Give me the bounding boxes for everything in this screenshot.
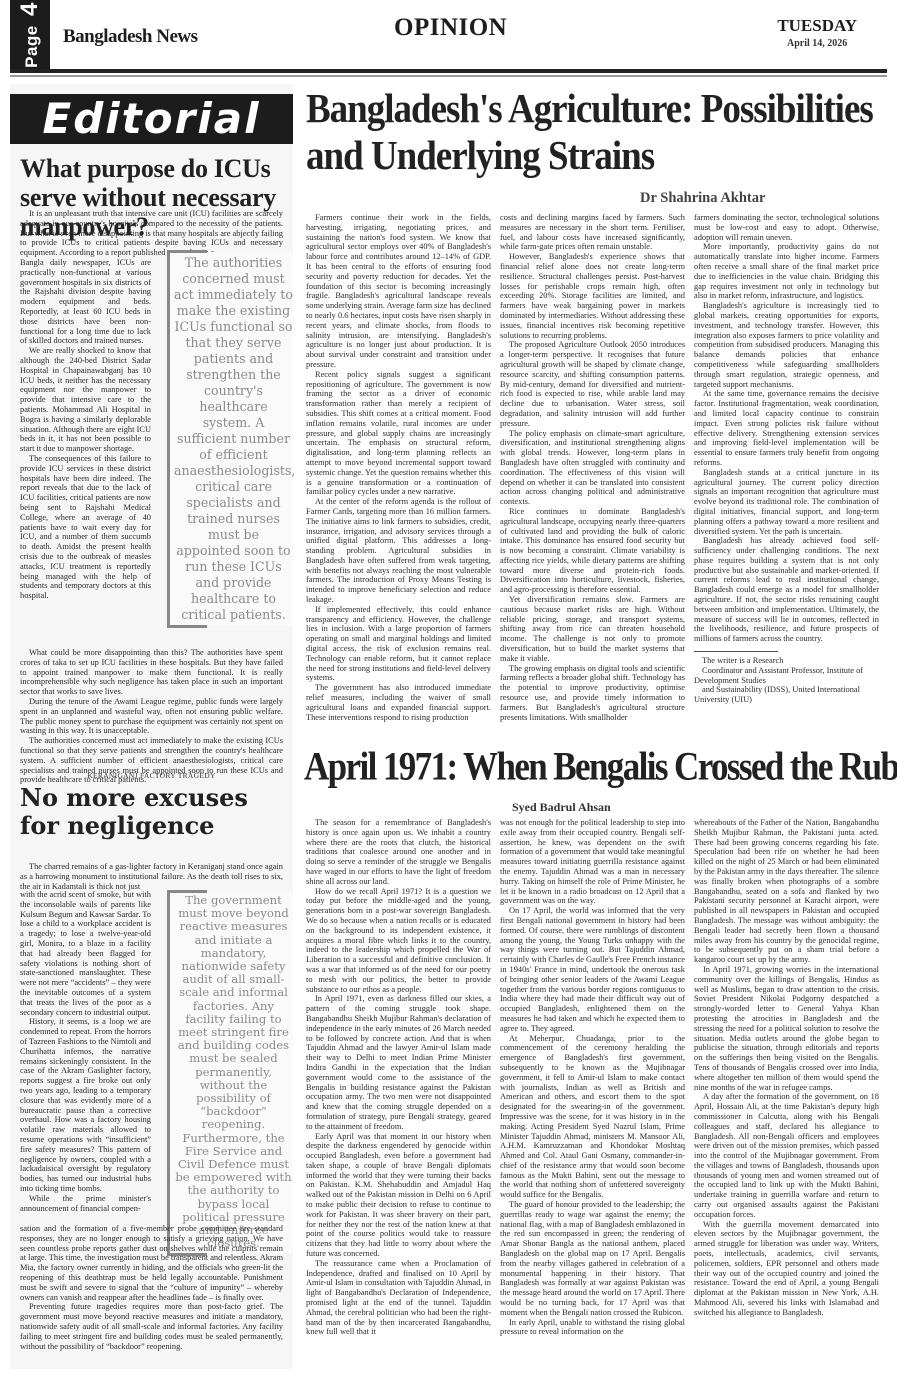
editorial-negligence-intro: The charred remains of a gas-lighter fac… — [20, 862, 283, 891]
issue-date: April 14, 2026 — [777, 38, 857, 49]
masthead-rule-thin — [10, 75, 887, 77]
article-april-1971-title: April 1971: When Bengalis Crossed the Ru… — [304, 744, 894, 790]
article-agriculture-column-1: Farmers continue their work in the field… — [306, 213, 491, 722]
page-number-tab: Page 4 — [10, 0, 50, 70]
editorial-column: Editorial What purpose do ICUs serve wit… — [10, 84, 293, 1369]
date-block: TUESDAY April 14, 2026 — [777, 16, 857, 49]
weekday: TUESDAY — [777, 16, 857, 36]
article-april-1971-column-2: was not enough for the political leaders… — [500, 818, 685, 1337]
newspaper-name: Bangladesh News — [63, 26, 198, 48]
footnote-divider — [694, 651, 778, 652]
article-agriculture-title: Bangladesh's Agriculture: Possibilities … — [306, 86, 886, 180]
article-agriculture-column-2: costs and declining margins faced by far… — [500, 213, 685, 722]
article-agriculture-column-3: farmers dominating the sector, technolog… — [694, 213, 879, 705]
editorial-icu-left-column: Bangla daily newspaper, ICUs are practic… — [20, 258, 151, 601]
editorial-headline-negligence: No more excuses for negligence — [20, 784, 290, 840]
page-label: Page — [22, 25, 41, 68]
article-april-1971-column-1: The season for a remembrance of Banglade… — [306, 818, 491, 1337]
masthead: Page 4 Bangladesh News OPINION TUESDAY A… — [10, 0, 887, 72]
editorial-icu-intro: It is an unpleasant truth that intensive… — [20, 209, 283, 258]
editorial-icu-closing: What could be more disappointing than th… — [20, 648, 283, 785]
editorial-banner: Editorial — [10, 94, 293, 144]
masthead-rule — [10, 69, 887, 73]
article-april-1971-column-3: whereabouts of the Father of the Nation,… — [694, 818, 879, 1318]
editorial-negligence-left-column: with the acrid scent of smoke, but with … — [20, 890, 151, 1213]
author-footnote: The writer is a Research Coordinator and… — [694, 656, 879, 705]
editorial-negligence-closing: sation and the formation of a five-membe… — [20, 1224, 283, 1351]
page-number: 4 — [16, 2, 43, 16]
section-title: OPINION — [394, 14, 507, 42]
editorial-negligence-pull-quote: The government must move beyond reactive… — [167, 892, 293, 1254]
article-agriculture-byline: Dr Shahrina Akhtar — [640, 190, 765, 207]
article-april-1971-byline: Syed Badrul Ahsan — [512, 800, 611, 815]
editorial-icu-pull-quote: The authorities concerned must act immed… — [167, 252, 293, 626]
editorial-kicker: KERANIGANJ FACTORY TRAGEDY — [10, 771, 293, 780]
